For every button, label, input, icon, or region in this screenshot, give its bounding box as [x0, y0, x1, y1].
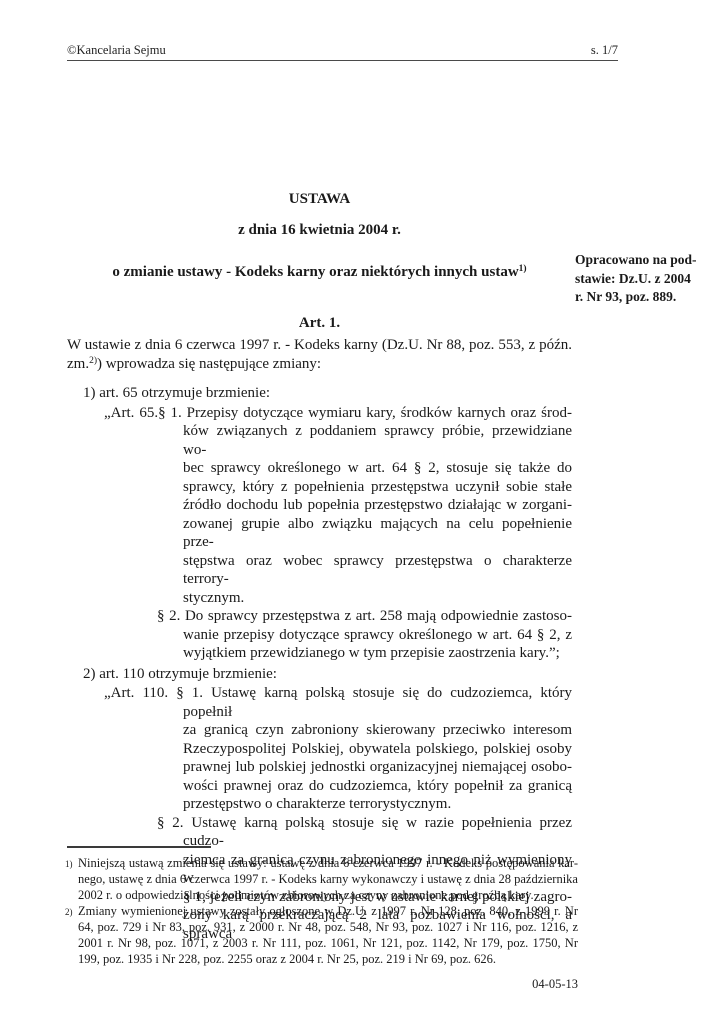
text-line: stępstwa oraz wobec sprawcy przestępstwa… [183, 552, 572, 589]
amendment-item-1: 1) art. 65 otrzymuje brzmienie: [83, 384, 572, 403]
intro-line2-post: ) wprowadza się następujące zmiany: [97, 356, 321, 372]
act-title: USTAWA [67, 190, 572, 208]
act-date: z dnia 16 kwietnia 2004 r. [67, 221, 572, 239]
text-line: nego, ustawę z dnia 6 czerwca 1997 r. - … [78, 871, 578, 887]
footnote-1: 1) Niniejszą ustawą zmienia się ustawy: … [67, 855, 578, 903]
page-header: ©Kancelaria Sejmu s. 1/7 [67, 43, 618, 58]
title-block: USTAWA z dnia 16 kwietnia 2004 r. o zmia… [67, 190, 572, 281]
footnotes-section: 1) Niniejszą ustawą zmienia się ustawy: … [67, 846, 578, 967]
text-line: W ustawie z dnia 6 czerwca 1997 r. - Kod… [67, 336, 572, 355]
footnote-separator [67, 846, 211, 848]
text-line: przestępstwo o charakterze terrorystyczn… [183, 795, 572, 814]
text-line: 2002 r. o odpowiedzialności podmiotów zb… [78, 887, 578, 903]
text-line: wości prawnej oraz do cudzoziemca, który… [183, 777, 572, 796]
text-line: sprawcy, który z popełnienia przestępstw… [183, 478, 572, 497]
art65-paragraph-1-quote: „Art. 65.§ 1. Przepisy dotyczące wymiaru… [183, 404, 572, 608]
text-line: 199, poz. 1935 i Nr 228, poz. 2255 oraz … [78, 951, 578, 967]
text-line: bec sprawcy określonego w art. 64 § 2, s… [183, 459, 572, 478]
text-line: Rzeczypospolitej Polskiej, obywatela pol… [183, 740, 572, 759]
text-line: za granicą czyn zabroniony skierowany pr… [183, 721, 572, 740]
amendment-item-2: 2) art. 110 otrzymuje brzmienie: [83, 665, 572, 684]
footnote-2-marker: 2) [65, 904, 73, 920]
text-line: „Art. 65.§ 1. Przepisy dotyczące wymiaru… [183, 404, 572, 423]
footnote-1-marker: 1) [65, 856, 73, 872]
text-line: stawie: Dz.U. z 2004 [575, 270, 717, 289]
intro-paragraph: W ustawie z dnia 6 czerwca 1997 r. - Kod… [67, 336, 572, 373]
text-line: prawnej lub polskiej jednostki organizac… [183, 758, 572, 777]
footnote-2-text: Zmiany wymienionej ustawy zostały ogłosz… [78, 903, 578, 967]
act-subject: o zmianie ustawy - Kodeks karny oraz nie… [67, 263, 572, 281]
text-line: Opracowano na pod- [575, 251, 717, 270]
text-line: źródło dochodu lub popełnia przestępstwo… [183, 496, 572, 515]
text-line: zowanej grupie albo związku mających na … [183, 515, 572, 552]
text-line: r. Nr 93, poz. 889. [575, 288, 717, 307]
text-line: wanie przepisy dotyczące sprawcy określo… [183, 626, 572, 645]
footnote-2-reference: 2) [89, 356, 97, 366]
text-line: ków związanych z poddaniem sprawcy próbi… [183, 422, 572, 459]
revision-date: 04-05-13 [67, 977, 578, 992]
publisher-credit: ©Kancelaria Sejmu [67, 43, 166, 58]
art65-paragraph-2-quote: § 2. Do sprawcy przestępstwa z art. 258 … [183, 607, 572, 663]
text-line: § 2. Do sprawcy przestępstwa z art. 258 … [183, 607, 572, 626]
text-line: 2001 r. Nr 98, poz. 1071, z 2003 r. Nr 1… [78, 935, 578, 951]
text-line: zm.2)) wprowadza się następujące zmiany: [67, 355, 572, 374]
header-rule [67, 60, 618, 61]
text-line: stycznym. [183, 589, 572, 608]
text-line: wyjątkiem przewidzianego w tym przepisie… [183, 644, 572, 663]
text-line: Zmiany wymienionej ustawy zostały ogłosz… [78, 903, 578, 919]
article-1-heading: Art. 1. [67, 315, 572, 332]
side-note: Opracowano na pod-stawie: Dz.U. z 2004r.… [575, 251, 717, 307]
text-line: Niniejszą ustawą zmienia się ustawy: ust… [78, 855, 578, 871]
footnote-2: 2) Zmiany wymienionej ustawy zostały ogł… [67, 903, 578, 967]
page-number: s. 1/7 [591, 43, 618, 58]
footnote-1-text: Niniejszą ustawą zmienia się ustawy: ust… [78, 855, 578, 903]
art110-paragraph-1-quote: „Art. 110. § 1. Ustawę karną polską stos… [183, 684, 572, 814]
document-page: ©Kancelaria Sejmu s. 1/7 USTAWA z dnia 1… [0, 0, 724, 1024]
act-subject-text: o zmianie ustawy - Kodeks karny oraz nie… [112, 264, 518, 280]
text-line: 64, poz. 729 i Nr 83, poz. 931, z 2000 r… [78, 919, 578, 935]
footnote-1-reference: 1) [519, 264, 527, 274]
text-line: § 2. Ustawę karną polską stosuje się w r… [183, 814, 572, 851]
intro-line2-pre: zm. [67, 356, 89, 372]
text-line: „Art. 110. § 1. Ustawę karną polską stos… [183, 684, 572, 721]
